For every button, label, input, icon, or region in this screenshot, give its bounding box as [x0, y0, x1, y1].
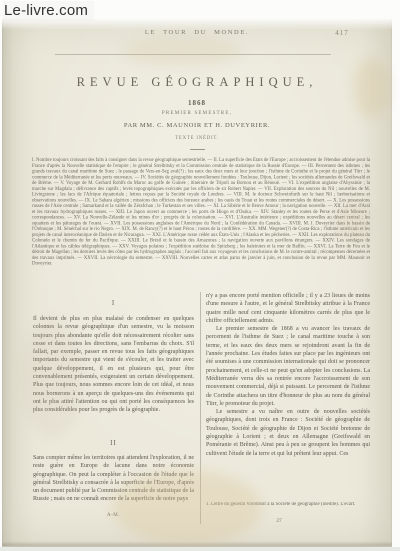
- edition-note: TEXTE INÉDIT.: [2, 136, 392, 141]
- left-column-paragraph-1: Il devient de plus en plus malaisé de co…: [33, 315, 194, 428]
- journal-header: LE TOUR DU MONDE.: [62, 29, 332, 36]
- photo-bottom-edge: [0, 547, 400, 551]
- body-paragraph: Le premier semestre de 1868 a vu avancer…: [206, 325, 370, 408]
- body-paragraph: Sans compter même les territoires qui at…: [33, 454, 194, 504]
- photo-of-scanned-page: { "watermark": "Le-livre.com", "page": {…: [0, 0, 400, 551]
- byline: PAR MM. C. MAUNOIR ET H. DUVEYRIER.: [2, 122, 392, 129]
- summary-text: I. Nombre toujours croissant des faits à…: [32, 157, 370, 266]
- scanned-page: LE TOUR DU MONDE. 417 REVUE GÉOGRAPHIQUE…: [2, 18, 392, 548]
- watermark-text: Le-livre.com: [3, 1, 94, 21]
- divider-dash: [190, 149, 205, 150]
- body-paragraph: Le semestre a vu naître en outre de nouv…: [206, 408, 370, 458]
- section-heading-1: I: [33, 299, 194, 307]
- sheet-number: 27: [264, 518, 294, 524]
- title-subtitle: PREMIER SEMESTRE,: [2, 111, 392, 116]
- page-number: 417: [322, 29, 362, 37]
- left-column-paragraph-2: Sans compter même les territoires qui at…: [33, 454, 194, 511]
- body-paragraph: Il devient de plus en plus malaisé de co…: [33, 315, 194, 415]
- column-divider-rule: [200, 292, 201, 524]
- header-rule: [55, 54, 331, 55]
- title-year: 1868: [2, 99, 392, 107]
- stain-blob: [122, 36, 242, 66]
- page-title: REVUE GÉOGRAPHIQUE,: [2, 75, 392, 90]
- footnote: 1. Lettre du général Vorontsof à la Soci…: [206, 502, 370, 516]
- right-column: n'y a pas encore porté mention officiell…: [206, 292, 370, 498]
- body-paragraph: n'y a pas encore porté mention officiell…: [206, 292, 370, 325]
- section-heading-2: II: [33, 439, 194, 447]
- signature-mark: A-M.: [33, 513, 194, 518]
- summary-block: I. Nombre toujours croissant des faits à…: [32, 157, 370, 287]
